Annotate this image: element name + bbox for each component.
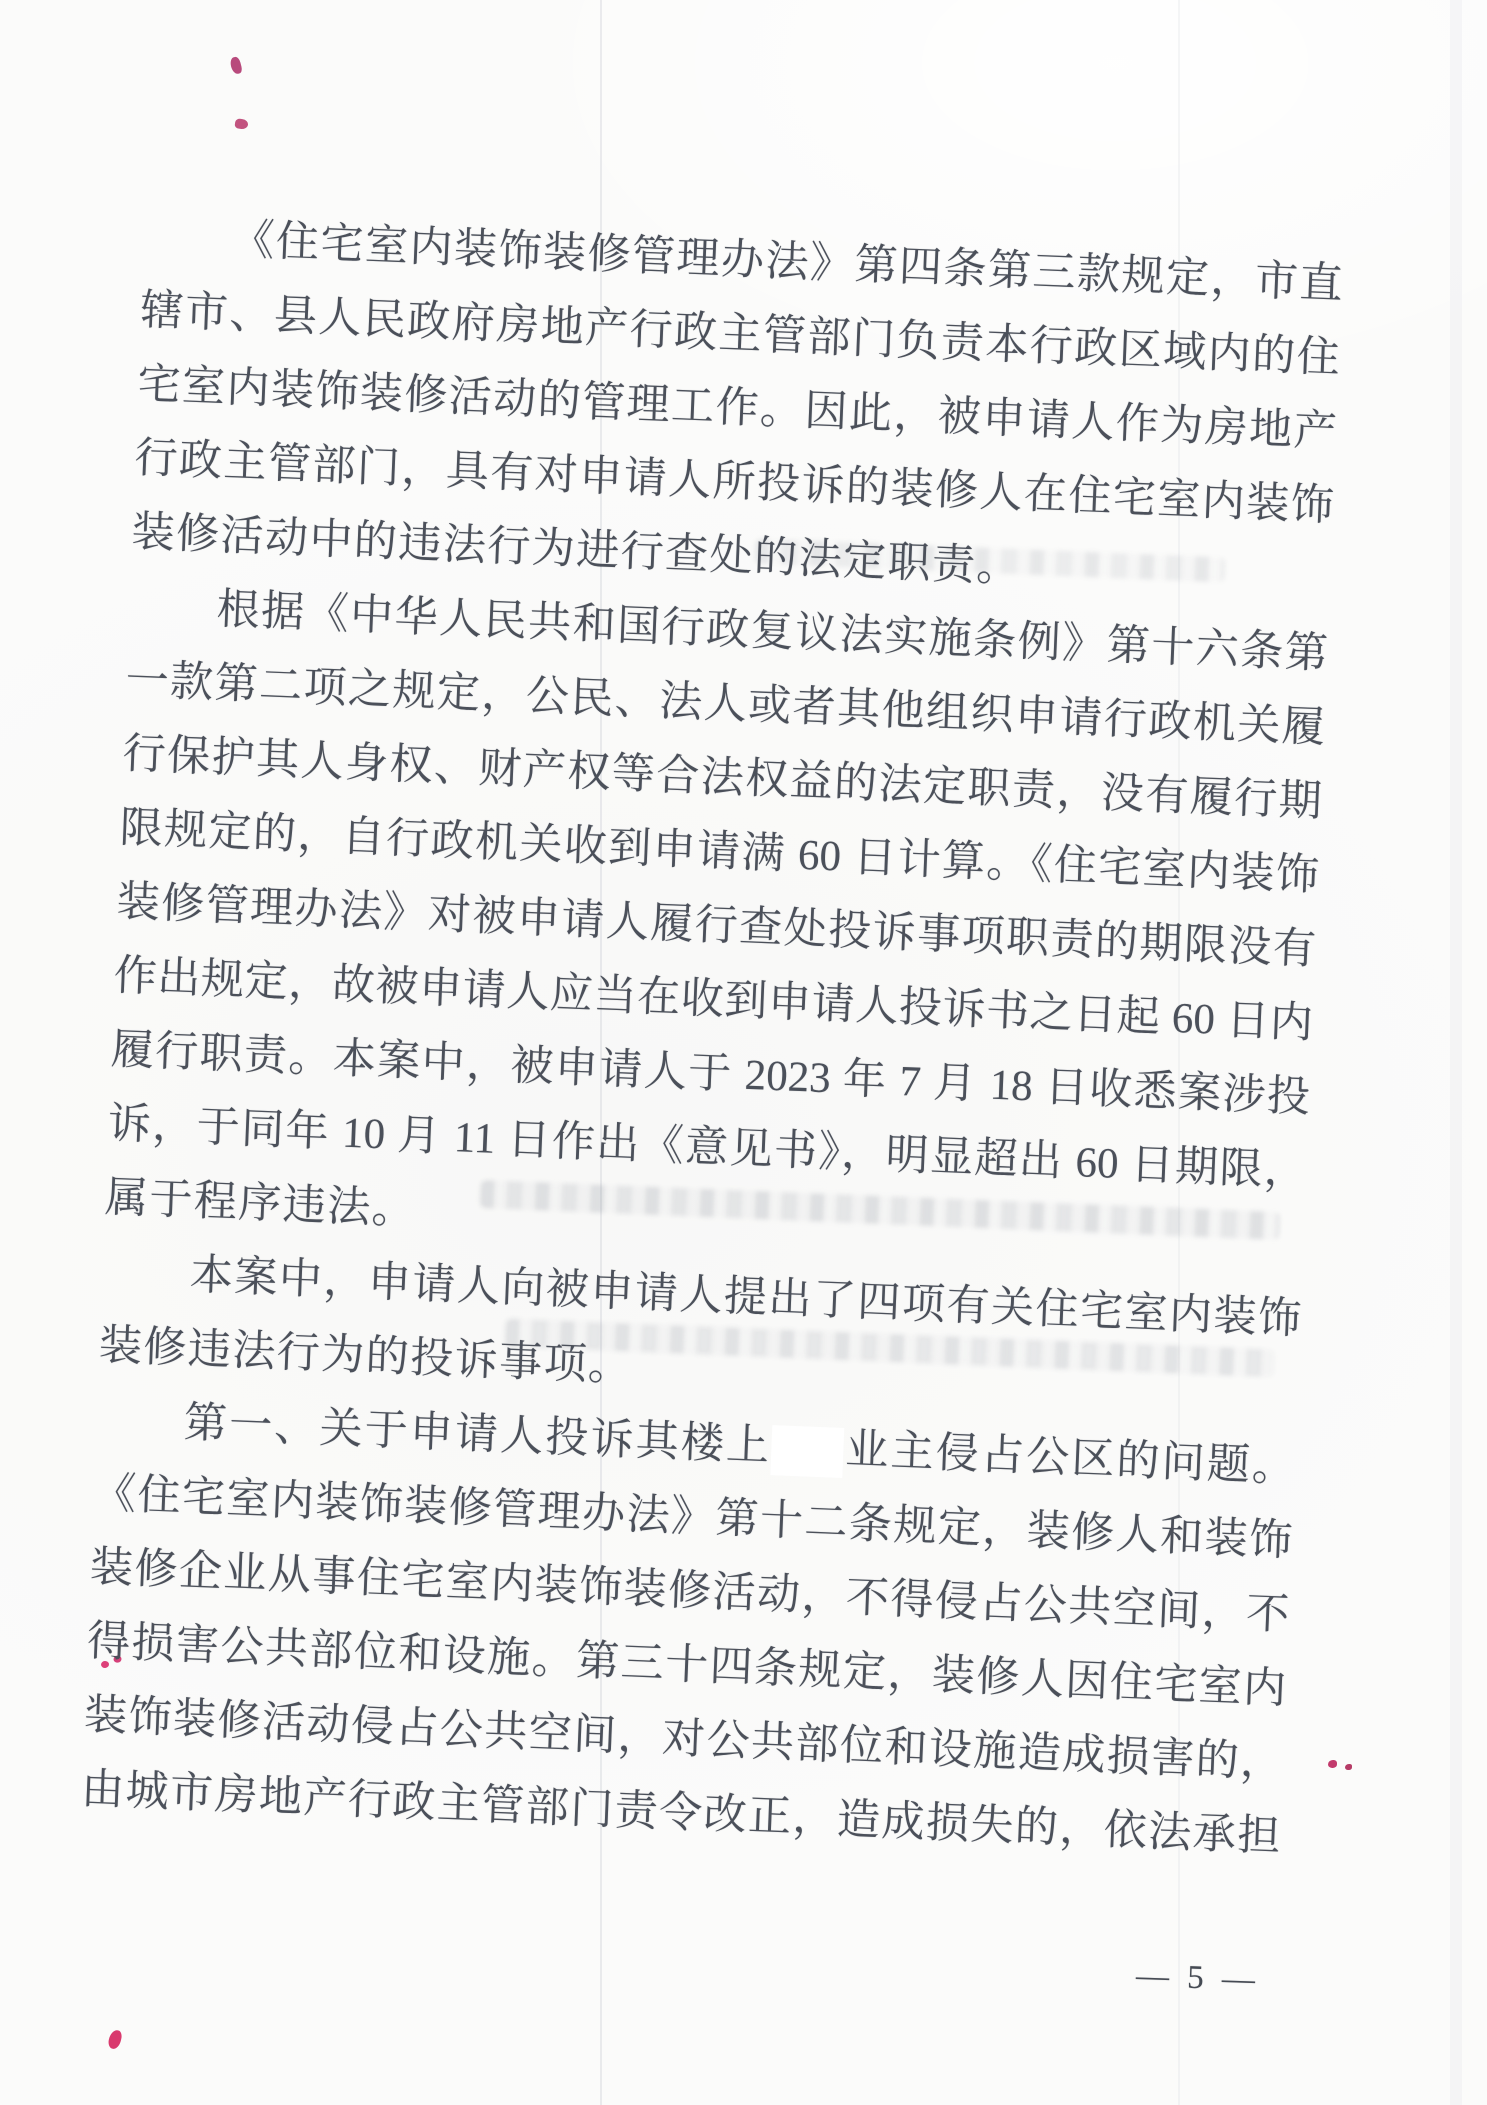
pink-ink-speck: [107, 2029, 123, 2050]
scan-streak: [1450, 0, 1462, 2105]
text-segment: 第一、关于申请人投诉其楼上: [183, 1400, 772, 1471]
text-segment: 业主侵占公区的问题。: [842, 1426, 1296, 1491]
pink-ink-speck: [229, 56, 243, 75]
page-number: — 5 —: [1135, 1958, 1260, 1999]
pink-ink-speck: [1328, 1760, 1337, 1768]
document-body: 《住宅室内装饰装修管理办法》第四条第三款规定，市直 辖市、县人民政府房地产行政主…: [80, 200, 1344, 1875]
redaction-gap: [770, 1425, 844, 1478]
scanned-legal-document-page: { "page": { "number": "— 5 —" }, "colors…: [0, 0, 1487, 2105]
pink-ink-speck: [234, 118, 248, 130]
